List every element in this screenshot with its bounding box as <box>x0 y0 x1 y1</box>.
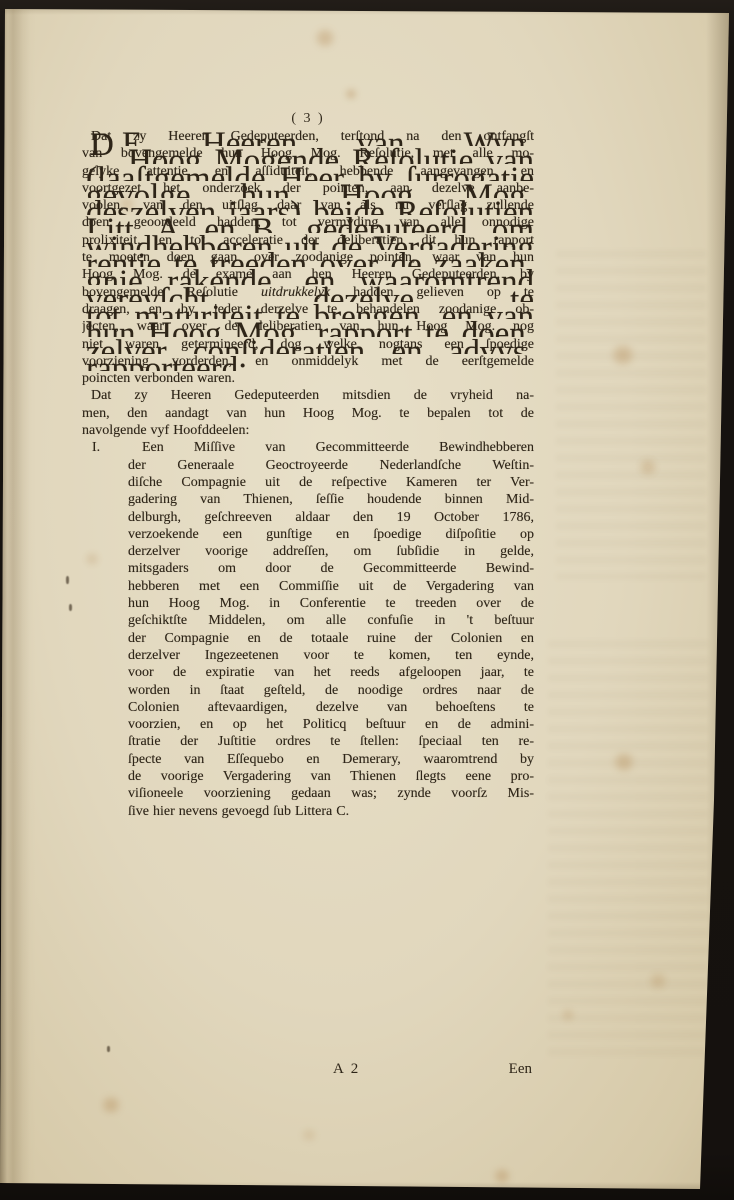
item-number: I. <box>92 439 100 456</box>
text-line: diſche Compagnie uit de reſpective Kamer… <box>128 474 534 491</box>
text-line: ſtratie der Juſtitie ordres te ſtellen: … <box>128 733 534 750</box>
verso-showthrough <box>548 640 708 1060</box>
text-line: derzelver voorige addreſſen, om ſubſidie… <box>128 543 534 560</box>
stain <box>100 1096 122 1114</box>
text-line: delburgh, geſchreeven aldaar den 19 Octo… <box>128 509 534 526</box>
text-line: mitsgaders om door de Gecommitteerde Bew… <box>128 560 534 577</box>
text-line: Dat zy Heeren Gedeputeerden, terſtond na… <box>82 128 534 145</box>
page-number: ( 3 ) <box>82 111 534 127</box>
text-line: voolen, van den uitſlag daar van als nu … <box>82 197 534 214</box>
text-line: Hoog Mog. de exame aan hen Heeren Gedepu… <box>82 266 534 283</box>
ink-speck <box>69 604 72 611</box>
text-line: gelyke attentie en aſſiduiteit, hebbende… <box>82 163 534 180</box>
text-line: geſchiktſte Middelen, om alle confuſie i… <box>128 612 534 629</box>
text-line: Een Miſſive van Gecommitteerde Bewindheb… <box>128 439 534 456</box>
text-line: derzelver Ingezeetenen voor te komen, te… <box>128 647 534 664</box>
stain <box>344 88 358 100</box>
stain <box>648 972 668 990</box>
text-line: doen, geoordeeld hadden, tot vermyding v… <box>82 214 534 231</box>
paragraph: Dat zy Heeren Gedeputeerden mitsdien de … <box>82 387 534 439</box>
text-line: voor de expiratie van het reeds afgeloop… <box>128 664 534 681</box>
scanned-book-photo: ( 3 ) DE Heeren van Wyn, Lambrechtſen en… <box>0 0 734 1200</box>
text-line: draagen, en by ieder derzelve te behande… <box>82 301 534 318</box>
signature-mark: A 2 <box>333 1061 360 1078</box>
text-line: voorziening vorderden, en onmiddelyk met… <box>82 353 534 370</box>
text-line: te moeten doen gaan over zoodanige point… <box>82 249 534 266</box>
text-line: poincten verbonden waren. <box>82 370 534 387</box>
text-line: ſpecte van Eſſequebo en Demerary, waarom… <box>128 751 534 768</box>
text-line: Dat zy Heeren Gedeputeerden mitsdien de … <box>82 387 534 404</box>
text-line: gadering van Thienen, ſeſſie houdende bi… <box>128 491 534 508</box>
text-line: voorzien, en op het Politicq beſtuur en … <box>128 716 534 733</box>
paragraph: I.Een Miſſive van Gecommitteerde Bewindh… <box>82 439 534 820</box>
catchword: Een <box>509 1061 532 1078</box>
text-line: voortgezet het onderzoek der pointen, aa… <box>82 180 534 197</box>
ink-speck <box>107 1046 110 1052</box>
stain <box>560 1008 576 1022</box>
text-line: navolgende vyf Hoofddeelen: <box>82 422 534 439</box>
text-line: hebberen met een Commiſſie uit de Vergad… <box>128 578 534 595</box>
paragraph: Dat zy Heeren Gedeputeerden, terſtond na… <box>82 128 534 387</box>
stain <box>610 344 636 366</box>
stain <box>300 1128 318 1142</box>
ink-speck <box>66 576 69 584</box>
page-footer: A 2 Een <box>82 1061 534 1079</box>
text-line: de voorige Vergadering van Thienen ſlegt… <box>128 768 534 785</box>
text-line: Colonien aftevaardigen, dezelve van beho… <box>128 699 534 716</box>
stain <box>612 752 636 772</box>
stain <box>638 458 658 476</box>
text-line: bovengemelde Reſolutie uitdrukkelyk hadd… <box>82 284 534 301</box>
text-line: viſioneele voorziening gedaan was; zynde… <box>128 785 534 802</box>
text-line: ſive hier nevens gevoegd ſub Littera C. <box>128 803 534 820</box>
stain <box>314 28 336 48</box>
text-line: jecten, waar over de deliberatien van hu… <box>82 318 534 335</box>
text-line: worden in ſtaat geſteld, de noodige ordr… <box>128 682 534 699</box>
stain <box>492 1168 512 1184</box>
text-line: hun Hoog Mog. in Conferentie te treeden … <box>128 595 534 612</box>
text-line: van bovengemelde hun Hoog Mog. Reſolutie… <box>82 145 534 162</box>
text-line: prolixiteit, en tot acceleratie der deli… <box>82 232 534 249</box>
body-text: DE Heeren van Wyn, Lambrechtſen en Wiche… <box>82 128 534 820</box>
text-line: niet waren getermineerd, dog welke nogta… <box>82 336 534 353</box>
text-line: verzoekende een gunſtige en ſpoedige diſ… <box>128 526 534 543</box>
text-line: men, den aandagt van hun Hoog Mog. te be… <box>82 405 534 422</box>
verso-showthrough <box>556 250 706 580</box>
text-line: der Generaale Geoctroyeerde Nederlandſch… <box>128 457 534 474</box>
text-line: der Compagnie en de totaale ruine der Co… <box>128 630 534 647</box>
